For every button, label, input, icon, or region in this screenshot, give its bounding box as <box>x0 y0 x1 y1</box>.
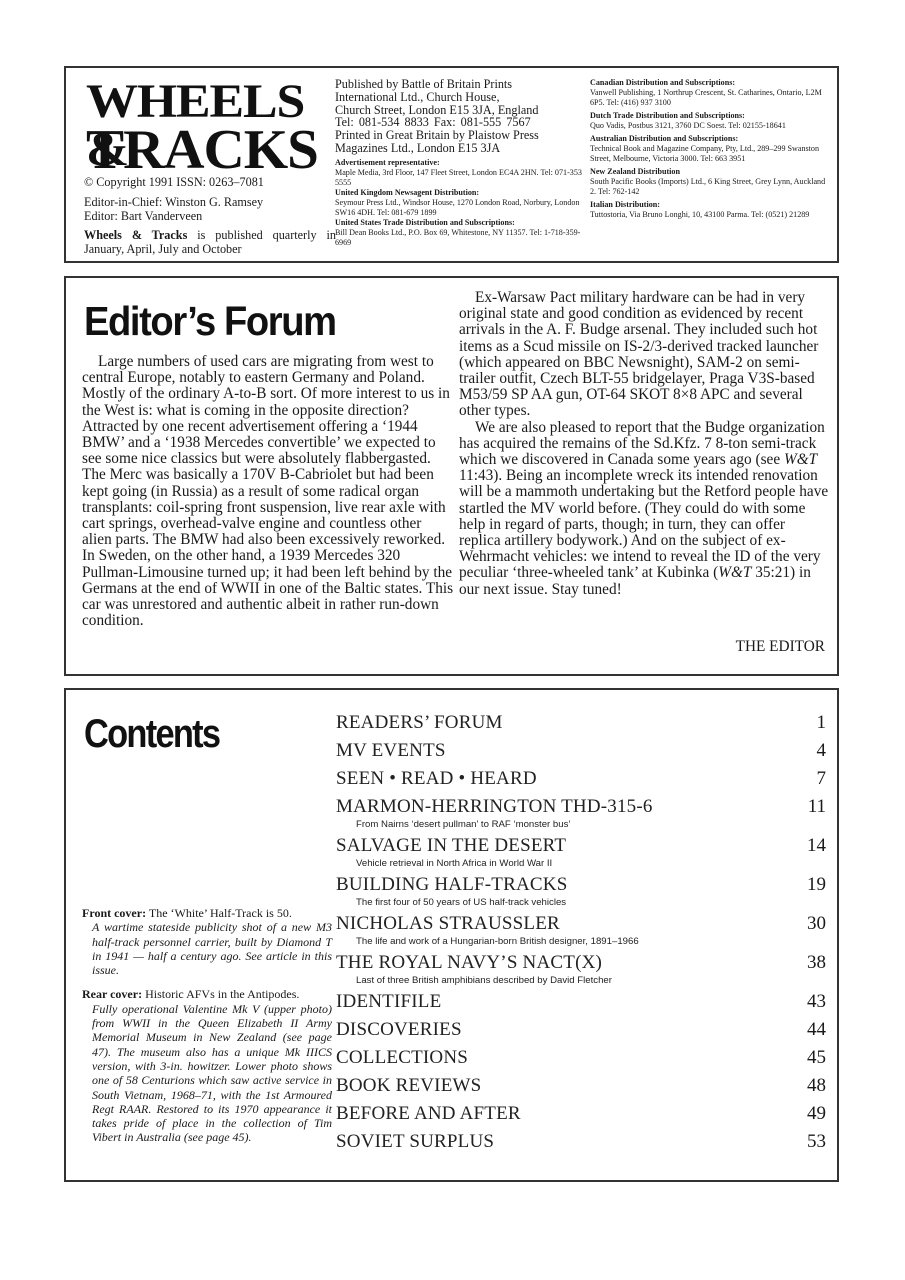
publisher-line: International Ltd., Church House, <box>335 91 585 104</box>
distribution-text: Bill Dean Books Ltd., P.O. Box 69, White… <box>335 228 580 247</box>
magazine-reference: W&T <box>718 564 751 581</box>
distribution-heading: United States Trade Distribution and Sub… <box>335 218 515 227</box>
distribution-block: United States Trade Distribution and Sub… <box>335 218 585 248</box>
toc-entry[interactable]: BEFORE AND AFTER49 <box>336 1103 826 1125</box>
editor-lines: Editor-in-Chief: Winston G. Ramsey Edito… <box>84 195 336 223</box>
publisher-info: Published by Battle of Britain Prints In… <box>335 78 585 248</box>
distribution-block: Dutch Trade Distribution and Subscriptio… <box>590 111 830 131</box>
toc-entry-title: SALVAGE IN THE DESERT <box>336 835 826 857</box>
forum-paragraph: Large numbers of used cars are migrating… <box>82 354 454 629</box>
distribution-block: New Zealand DistributionSouth Pacific Bo… <box>590 167 830 197</box>
distribution-heading: New Zealand Distribution <box>590 167 680 176</box>
toc-entry-page: 44 <box>807 1019 826 1041</box>
toc-entry-title: THE ROYAL NAVY’S NACT(X) <box>336 952 826 974</box>
toc-entry-page: 14 <box>807 835 826 857</box>
distribution-heading: Australian Distribution and Subscription… <box>590 134 738 143</box>
contents-title: Contents <box>84 712 219 757</box>
distribution-block: Canadian Distribution and Subscriptions:… <box>590 78 830 108</box>
toc-entry[interactable]: DISCOVERIES44 <box>336 1019 826 1041</box>
publisher-address: Published by Battle of Britain Prints In… <box>335 78 585 155</box>
toc-entry[interactable]: SALVAGE IN THE DESERT14Vehicle retrieval… <box>336 835 826 869</box>
toc-entry-page: 45 <box>807 1047 826 1069</box>
toc-entry[interactable]: SOVIET SURPLUS53 <box>336 1131 826 1153</box>
distribution-block: United Kingdom Newsagent Distribution:Se… <box>335 188 585 218</box>
publication-frequency: Wheels & Tracks is published quarterly i… <box>84 228 336 256</box>
toc-entry[interactable]: SEEN • READ • HEARD7 <box>336 768 826 790</box>
distribution-text: Quo Vadis, Postbus 3121, 3760 DC Soest. … <box>590 121 786 130</box>
caption-description: Fully operational Valentine Mk V (upper … <box>82 1002 332 1145</box>
toc-entry-title: BUILDING HALF-TRACKS <box>336 874 826 896</box>
caption-heading: The ‘White’ Half-Track is 50. <box>146 906 292 920</box>
toc-entry[interactable]: NICHOLAS STRAUSSLER30The life and work o… <box>336 913 826 947</box>
toc-entry-page: 4 <box>817 740 827 762</box>
toc-entry[interactable]: BOOK REVIEWS48 <box>336 1075 826 1097</box>
toc-entry-subtitle: Last of three British amphibians describ… <box>336 975 826 986</box>
distribution-text: Technical Book and Magazine Company, Pty… <box>590 144 819 163</box>
rear-cover-caption: Rear cover: Historic AFVs in the Antipod… <box>82 987 332 1144</box>
caption-label: Rear cover: <box>82 987 142 1001</box>
distribution-heading: Advertisement representative: <box>335 158 440 167</box>
international-distribution: Canadian Distribution and Subscriptions:… <box>590 78 830 223</box>
distribution-text: Maple Media, 3rd Floor, 147 Fleet Street… <box>335 168 582 187</box>
publisher-line: Magazines Ltd., London E15 3JA <box>335 142 585 155</box>
toc-entry-title: SOVIET SURPLUS <box>336 1131 826 1153</box>
toc-entry-title: DISCOVERIES <box>336 1019 826 1041</box>
distribution-heading: Canadian Distribution and Subscriptions: <box>590 78 735 87</box>
toc-entry[interactable]: READERS’ FORUM1 <box>336 712 826 734</box>
toc-entry-title: IDENTIFILE <box>336 991 826 1013</box>
distribution-block: Advertisement representative:Maple Media… <box>335 158 585 188</box>
toc-entry-title: MARMON-HERRINGTON THD-315-6 <box>336 796 826 818</box>
toc-entry-subtitle: The life and work of a Hungarian-born Br… <box>336 936 826 947</box>
distribution-heading: United Kingdom Newsagent Distribution: <box>335 188 479 197</box>
publication-name: Wheels & Tracks <box>84 228 187 242</box>
toc-entry-title: MV EVENTS <box>336 740 826 762</box>
masthead-credits: © Copyright 1991 ISSN: 0263–7081 Editor-… <box>84 175 336 262</box>
toc-entry[interactable]: MV EVENTS4 <box>336 740 826 762</box>
logo-line-1: WHEELS & <box>86 78 356 122</box>
toc-entry-page: 53 <box>807 1131 826 1153</box>
toc-entry[interactable]: BUILDING HALF-TRACKS19The first four of … <box>336 874 826 908</box>
copyright-line: © Copyright 1991 ISSN: 0263–7081 <box>84 175 336 189</box>
distribution-heading: Italian Distribution: <box>590 200 660 209</box>
distribution-text: Seymour Press Ltd., Windsor House, 1270 … <box>335 198 580 217</box>
table-of-contents: READERS’ FORUM1MV EVENTS4SEEN • READ • H… <box>336 712 826 1159</box>
logo-line-2: TRACKS <box>86 122 341 174</box>
forum-paragraph: Ex-Warsaw Pact military hardware can be … <box>459 290 829 420</box>
forum-column-right: Ex-Warsaw Pact military hardware can be … <box>459 290 829 598</box>
toc-entry-page: 38 <box>807 952 826 974</box>
toc-entry-page: 48 <box>807 1075 826 1097</box>
caption-heading: Historic AFVs in the Antipodes. <box>142 987 299 1001</box>
magazine-reference: W&T <box>784 451 817 468</box>
toc-entry[interactable]: IDENTIFILE43 <box>336 991 826 1013</box>
editor-in-chief: Editor-in-Chief: Winston G. Ramsey <box>84 195 263 209</box>
toc-entry-subtitle: Vehicle retrieval in North Africa in Wor… <box>336 858 826 869</box>
distribution-block: Australian Distribution and Subscription… <box>590 134 830 164</box>
caption-description: A wartime stateside publicity shot of a … <box>82 920 332 977</box>
toc-entry[interactable]: MARMON-HERRINGTON THD-315-611From Nairns… <box>336 796 826 830</box>
forum-signoff: THE EDITOR <box>736 638 825 656</box>
toc-entry[interactable]: THE ROYAL NAVY’S NACT(X)38Last of three … <box>336 952 826 986</box>
distribution-block: Italian Distribution:Tuttostoria, Via Br… <box>590 200 830 220</box>
toc-entry-page: 30 <box>807 913 826 935</box>
toc-entry-title: BOOK REVIEWS <box>336 1075 826 1097</box>
toc-entry-page: 43 <box>807 991 826 1013</box>
toc-entry-title: COLLECTIONS <box>336 1047 826 1069</box>
toc-entry-title: BEFORE AND AFTER <box>336 1103 826 1125</box>
distribution-text: Tuttostoria, Via Bruno Longhi, 10, 43100… <box>590 210 809 219</box>
magazine-logo: WHEELS & TRACKS <box>86 78 336 174</box>
publisher-line: Published by Battle of Britain Prints <box>335 78 585 91</box>
toc-entry-page: 1 <box>817 712 827 734</box>
toc-entry-page: 11 <box>808 796 826 818</box>
toc-entry-title: READERS’ FORUM <box>336 712 826 734</box>
editors-forum-box: Editor’s Forum Large numbers of used car… <box>64 276 839 676</box>
toc-entry-subtitle: The first four of 50 years of US half-tr… <box>336 897 826 908</box>
toc-entry[interactable]: COLLECTIONS45 <box>336 1047 826 1069</box>
forum-column-left: Large numbers of used cars are migrating… <box>82 354 454 629</box>
text-run: We are also pleased to report that the B… <box>459 419 825 468</box>
distribution-text: Vanwell Publishing, 1 Northrup Crescent,… <box>590 88 822 107</box>
toc-entry-page: 19 <box>807 874 826 896</box>
cover-captions: Front cover: The ‘White’ Half-Track is 5… <box>82 906 332 1155</box>
toc-entry-page: 49 <box>807 1103 826 1125</box>
editor: Editor: Bart Vanderveen <box>84 209 202 223</box>
forum-title: Editor’s Forum <box>84 298 336 345</box>
caption-label: Front cover: <box>82 906 146 920</box>
masthead-box: WHEELS & TRACKS © Copyright 1991 ISSN: 0… <box>64 66 839 263</box>
toc-entry-title: SEEN • READ • HEARD <box>336 768 826 790</box>
distribution-text: South Pacific Books (Imports) Ltd., 6 Ki… <box>590 177 825 196</box>
contents-box: Contents Front cover: The ‘White’ Half-T… <box>64 688 839 1182</box>
toc-entry-title: NICHOLAS STRAUSSLER <box>336 913 826 935</box>
toc-entry-subtitle: From Nairns ‘desert pullman’ to RAF ‘mon… <box>336 819 826 830</box>
toc-entry-page: 7 <box>817 768 827 790</box>
distribution-heading: Dutch Trade Distribution and Subscriptio… <box>590 111 745 120</box>
front-cover-caption: Front cover: The ‘White’ Half-Track is 5… <box>82 906 332 977</box>
forum-paragraph: We are also pleased to report that the B… <box>459 420 829 598</box>
